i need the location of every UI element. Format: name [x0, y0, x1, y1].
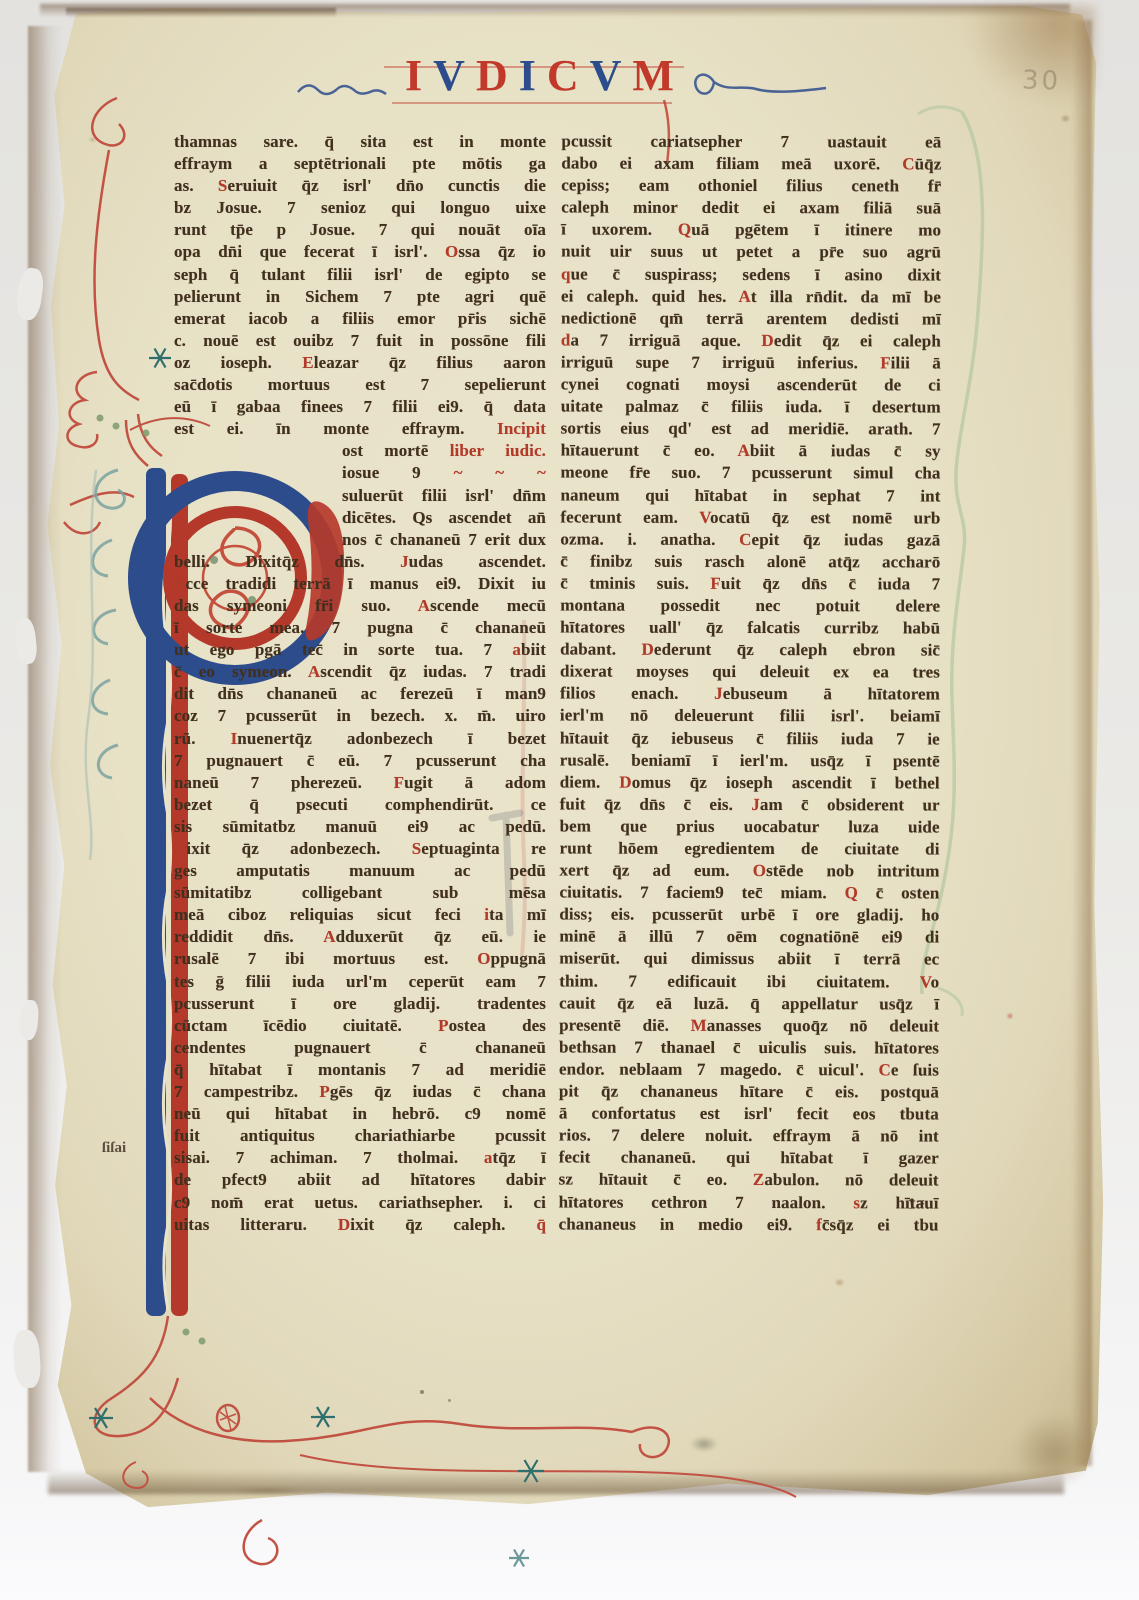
text-line: suluerūt filii isrl' dn̄m	[174, 485, 546, 507]
text-line: sūmitatibz colligebant sub mēsa	[174, 882, 546, 904]
text-line: ī uxorem. Quā pgētem ī itinere mo	[561, 219, 941, 242]
edge-tear	[12, 1329, 42, 1389]
text-line: de pfect9 abiit ad hītatores dabir	[174, 1169, 546, 1191]
text-line: eū ī gabaa finees 7 filii ei9. q̄ data	[174, 396, 546, 418]
text-line: hītauerunt c̄ eo. Abiit ā iudas c̄ sy	[561, 440, 941, 463]
manuscript-photo: IVDICVM 30 thamnas sare. q̄ sita est in …	[0, 0, 1139, 1600]
text-line: presentē diē. Manasses quoq̄z nō deleuit	[559, 1014, 939, 1037]
text-line: das symeoni fr̄i suo. Ascende mecū	[174, 595, 546, 617]
text-line: cūctam īcēdio ciuitatē. Postea des	[174, 1015, 546, 1037]
text-line: diem. Domus q̄z ioseph ascendit ī bethel	[560, 771, 940, 794]
text-line: hītatores cethron 7 naalon. sz hītauī	[559, 1191, 939, 1214]
text-line: minē ā illū 7 oēm cognatiōnē ei9 di	[559, 926, 939, 949]
folio-number: 30	[1021, 65, 1061, 96]
text-line: fecerunt eam. Vocatū q̄z est nomē urb	[560, 506, 940, 529]
text-line: fecit chananeū. qui hītabat ī gazer	[559, 1147, 939, 1170]
text-line: uitate palmaz c̄ filiis iuda. ī desertum	[561, 396, 941, 419]
text-line: hītatores uall' q̄z falcatis curribz hab…	[560, 617, 940, 640]
text-line: reddidit dn̄s. Adduxerūt q̄z eū. ie	[174, 926, 546, 948]
text-line: que c̄ suspirass; sedens ī asino dixit	[561, 263, 941, 286]
text-line: bezet q̄ psecuti comphendirūt. ce	[174, 794, 546, 816]
text-line: uitas litteraru. Dixit q̄z caleph. q̄	[174, 1214, 546, 1236]
text-line: ī sorte mea. 7 pugna c̄ chananeū	[174, 617, 546, 639]
text-line: 7 campestribz. Pgēs q̄z iudas c̄ chana	[174, 1081, 546, 1103]
text-line: cynei cognati moysi ascenderūt de ci	[561, 374, 941, 397]
header-letter: I	[405, 54, 423, 98]
text-line: belli. Dixitq̄z dn̄s. Judas ascendet.	[174, 551, 546, 573]
text-line: rusalē 7 ibi mortuus est. Oppugnā	[174, 948, 546, 970]
text-line: thim. 7 edificauit ibi ciuitatem. Vo	[559, 970, 939, 993]
text-line: diss; eis. pcusserūt urbē ī ore gladij. …	[559, 904, 939, 927]
text-line: sis sūmitatbz manuū ei9 ac pedū.	[174, 816, 546, 838]
text-line: nuit uir suus ut petet a pr̄e suo agrū	[561, 241, 941, 264]
text-line: cendentes pugnauert c̄ chananeū	[174, 1037, 546, 1059]
text-line: ei caleph. quid hes. At illa rn̄dit. da …	[561, 285, 941, 308]
text-line: endor. neblaam 7 magedo. c̄ uicul'. Ce ſ…	[559, 1058, 939, 1081]
header-letter: V	[590, 54, 623, 98]
text-line: fuit q̄z dn̄s c̄ eis. Jam c̄ obsiderent …	[560, 793, 940, 816]
text-line: c̄ finibz suis rasch alonē atq̄z accharō	[560, 550, 940, 573]
text-line: cauit q̄z eā luzā. q̄ appellatur usq̄z ī	[559, 992, 939, 1015]
text-line: as. Seruiuit q̄z isrl' dn̄o cunctis die	[174, 175, 546, 197]
text-line: c. nouē est ouibz 7 fuit in possōne fili	[174, 330, 546, 352]
edge-tear	[14, 267, 45, 322]
text-line: dit dn̄s chananeū ac ferezeū ī man9	[174, 683, 546, 705]
text-line: dabant. Dederunt q̄z caleph ebron sic̄	[560, 639, 940, 662]
text-line: sisai. 7 achiman. 7 tholmai. atq̄z ī	[174, 1147, 546, 1169]
text-line: sz hītauit c̄ eo. Zabulon. nō deleuit	[559, 1169, 939, 1192]
text-line: rios. 7 delere noluit. effraym ā nō int	[559, 1125, 939, 1148]
text-line: ozma. i. anatha. Cepit q̄z iudas gazā	[560, 528, 940, 551]
text-line: meone fr̄e suo. 7 pcusserunt simul cha	[561, 462, 941, 485]
edge-tear	[18, 999, 39, 1040]
text-line: pcusserunt ī ore gladij. tradentes	[174, 993, 546, 1015]
text-line: naneū 7 pherezeū. Fugit ā adom	[174, 772, 546, 794]
text-line: c̄ tminis suis. Fuit q̄z dn̄s c̄ iuda 7	[560, 572, 940, 595]
text-line: dixerat moyses qui deleuit ex ea tres	[560, 661, 940, 684]
header-letter: I	[519, 54, 537, 98]
text-line: caleph minor dedit ei axam filiā suā	[561, 197, 941, 220]
text-line: Ecce tradidi terrā ī manus ei9. Dixit iu	[174, 573, 546, 595]
text-line: ut ego pgā tec̄ in sorte tua. 7 abiit	[174, 639, 546, 661]
text-line: opa dn̄i que fecerat ī isrl'. Ossa q̄z i…	[174, 241, 546, 263]
text-line: ost mortē liber iudic.	[174, 440, 546, 462]
text-line: ciuitatis. 7 faciem9 tec̄ miam. Q c̄ ost…	[559, 882, 939, 905]
text-line: coz 7 pcusserūt in bezech. x. m̄. uiro	[174, 705, 546, 727]
text-line: bem que prius uocabatur luza uide	[560, 815, 940, 838]
text-line: neū qui hītabat in hebrō. c9 nomē	[174, 1103, 546, 1125]
text-line: filios enach. Jebuseum ā hītatorem	[560, 683, 940, 706]
text-line: xert q̄z ad eum. Ostēde nob intritum	[559, 860, 939, 883]
text-line: miserūt. qui dimissus abiit ī terrā ec	[559, 948, 939, 971]
text-line: seph q̄ tulant filii isrl' de egipto se	[174, 264, 546, 286]
text-line: fuit antiquitus chariathiarbe pcussit	[174, 1125, 546, 1147]
text-line: dicētes. Qs ascendet an̄	[174, 507, 546, 529]
text-line: dabo ei axam filiam meā uxorē. Cūq̄z	[561, 153, 941, 176]
text-line: pit q̄z chananeus hītare c̄ eis. postquā	[559, 1081, 939, 1104]
text-line: q̄ hītabat ī montanis 7 ad meridiē	[174, 1059, 546, 1081]
text-line: nedictionē qm̄ terrā arentem dedisti mī	[561, 307, 941, 330]
text-line: ā confortatus est isrl' fecit eos tbuta	[559, 1103, 939, 1126]
text-line: chananeus in medio ei9. fc̄sq̄z ei tbu	[559, 1213, 939, 1236]
text-line: bethsan 7 thanael c̄ uiculis suis. hītat…	[559, 1036, 939, 1059]
text-column-left: thamnas sare. q̄ sita est in monteeffray…	[174, 131, 546, 1236]
edge-tear	[14, 617, 39, 665]
text-column-right: pcussit cariatsepher 7 uastauit eādabo e…	[559, 131, 942, 1237]
text-line: 7 pugnauert c̄ eū. 7 pcusserunt cha	[174, 750, 546, 772]
text-line: runt tp̄e p Josue. 7 qui nouāt oīa	[174, 219, 546, 241]
text-line: effraym a septētrionali pte mōtis ga	[174, 153, 546, 175]
text-line: Dixit q̄z adonbezech. Septuaginta re	[174, 838, 546, 860]
text-line: hītauit q̄z iebuseus c̄ filiis iuda 7 ie	[560, 727, 940, 750]
text-line: montana possedit nec potuit delere	[560, 594, 940, 617]
text-line: emerat iacob a filiis emor pr̄is sichē	[174, 308, 546, 330]
text-line: cepiss; eam othoniel filius ceneth fr̄	[561, 175, 941, 198]
header-letter: V	[433, 54, 466, 98]
text-line: irriguū supe 7 irriguū inferius. Filii ā	[561, 351, 941, 374]
text-line: pcussit cariatsepher 7 uastauit eā	[561, 131, 941, 154]
text-line: thamnas sare. q̄ sita est in monte	[174, 131, 546, 153]
header-letter: M	[632, 54, 675, 98]
marginal-note: ſiſai	[102, 1140, 126, 1157]
text-line: rusalē. beniamī ī ierl'm. usq̄z ī psentē	[560, 749, 940, 772]
text-line: da 7 irriguā aque. Dedit q̄z ei caleph	[561, 329, 941, 352]
running-title: IVDICVM	[330, 54, 750, 98]
text-line: meā ciboz reliquias sicut feci ita mī	[174, 904, 546, 926]
text-line: tes ḡ filii iuda url'm ceperūt eam 7	[174, 971, 546, 993]
text-line: oz ioseph. Eleazar q̄z filius aaron	[174, 352, 546, 374]
text-line: pelierunt in Sichem 7 pte agri quē	[174, 286, 546, 308]
text-line: sortis eius qd' est ad meridiē. arath. 7	[561, 418, 941, 441]
text-line: naneum qui hītabat in sephat 7 int	[560, 484, 940, 507]
text-line: runt hōem egredientem de ciuitate di	[560, 838, 940, 861]
header-letter: D	[476, 54, 509, 98]
text-line: est ei. īn monte effraym. Incipit	[174, 418, 546, 440]
text-line: nos c̄ chananeū 7 erit dux	[174, 529, 546, 551]
text-line: ges amputatis manuum ac pedū	[174, 860, 546, 882]
text-line: ierl'm nō deleuerunt filii isrl'. beiamī	[560, 705, 940, 728]
text-line: c9 nom̄ erat uetus. cariathsepher. i. ci	[174, 1192, 546, 1214]
text-line: iosue 9 ~ ~ ~	[174, 462, 546, 484]
text-line: rū. Inuenertq̄z adonbezech ī bezet	[174, 728, 546, 750]
text-line: bz Josue. 7 senioz qui longuo uixe	[174, 197, 546, 219]
text-line: sac̄dotis mortuus est 7 sepelierunt	[174, 374, 546, 396]
text-line: c̄ eo symeon. Ascendit q̄z iudas. 7 trad…	[174, 661, 546, 683]
header-letter: C	[547, 54, 580, 98]
column-end-mark: 1=	[907, 1195, 927, 1214]
